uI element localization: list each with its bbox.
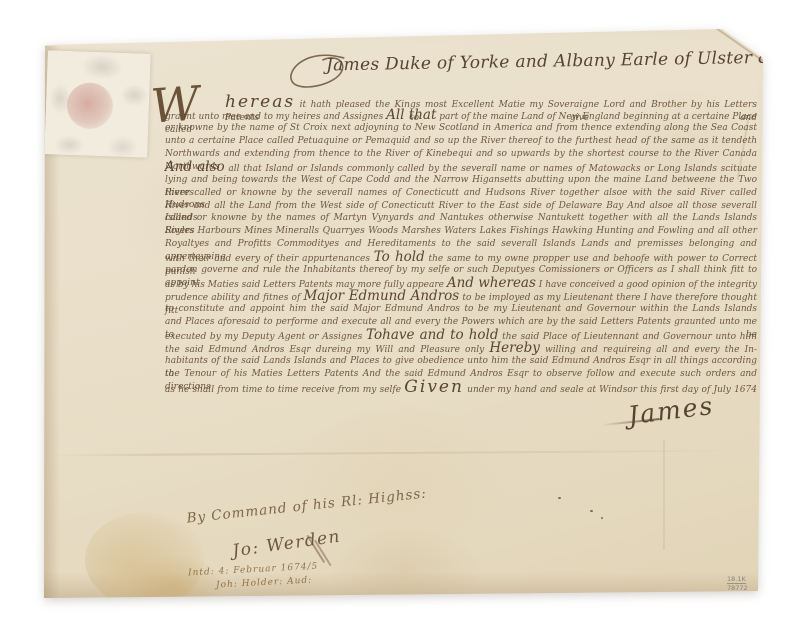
pencil-note-line1: 18.1K	[727, 575, 746, 584]
body-line: called or knowne by the names of Martyn …	[165, 212, 757, 225]
body-line: as by his Maties said Letters Patents ma…	[165, 277, 757, 290]
pencil-note-line2: 78772	[727, 584, 748, 592]
document-heading: James Duke of Yorke and Albany Earle of …	[326, 49, 726, 76]
photo-stage: James Duke of Yorke and Albany Earle of …	[0, 0, 800, 631]
body-line: with their and every of their appurtenan…	[165, 251, 757, 264]
body-lines: hereas it hath pleased the Kings most Ex…	[165, 96, 757, 394]
body-line: lying and being towards the West of Cape…	[165, 174, 757, 187]
body-line: prudence ability and fitnes of Major Edm…	[165, 290, 757, 303]
ink-speck	[558, 497, 561, 499]
stain-bottom-center	[330, 528, 480, 613]
body-line: there called or knowne by the severall n…	[165, 187, 757, 200]
command-line: By Command of his Rl: Highss:	[186, 485, 428, 526]
body-line: Rivers Harbours Mines Mineralls Quarryes…	[165, 225, 757, 238]
vertical-fold-crease	[663, 440, 665, 550]
ink-speck	[601, 517, 603, 519]
body-line: or knowne by the name of St Croix next a…	[165, 122, 757, 135]
body-line: hereas it hath pleased the Kings most Ex…	[165, 96, 757, 109]
horizontal-fold-crease	[50, 450, 750, 457]
seal-impression	[66, 82, 114, 130]
body-line: to constitute and appoint him the said M…	[165, 303, 757, 316]
pencil-inventory-note: 18.1K 78772	[727, 575, 748, 592]
parchment-wrap: James Duke of Yorke and Albany Earle of …	[0, 0, 800, 631]
parchment-document: James Duke of Yorke and Albany Earle of …	[0, 0, 800, 631]
body-line: Royaltyes and Profitts Commodityes and H…	[165, 238, 757, 251]
body-line: And also all that Island or Islands comm…	[165, 161, 757, 174]
body-line: executed by my Deputy Agent or Assignes …	[165, 329, 757, 342]
body-line: River and all the Land from the West sid…	[165, 200, 757, 213]
body-line: the said Edmund Andros Esqr dureing my W…	[165, 342, 757, 355]
stain-bottom-left-dark	[128, 556, 223, 616]
body-line: habitants of the said Lands Islands and …	[165, 355, 757, 368]
body-line: graunt unto mee and to my heires and Ass…	[165, 109, 757, 122]
body-line: Northwards and extending from thence to …	[165, 148, 757, 161]
james-signature: James	[627, 391, 716, 430]
ink-speck	[590, 510, 593, 512]
body-line: as he shall from time to time receive fr…	[165, 381, 757, 394]
papered-wax-seal	[44, 50, 151, 158]
body-line: unto a certaine Place called Petuaquine …	[165, 135, 757, 148]
